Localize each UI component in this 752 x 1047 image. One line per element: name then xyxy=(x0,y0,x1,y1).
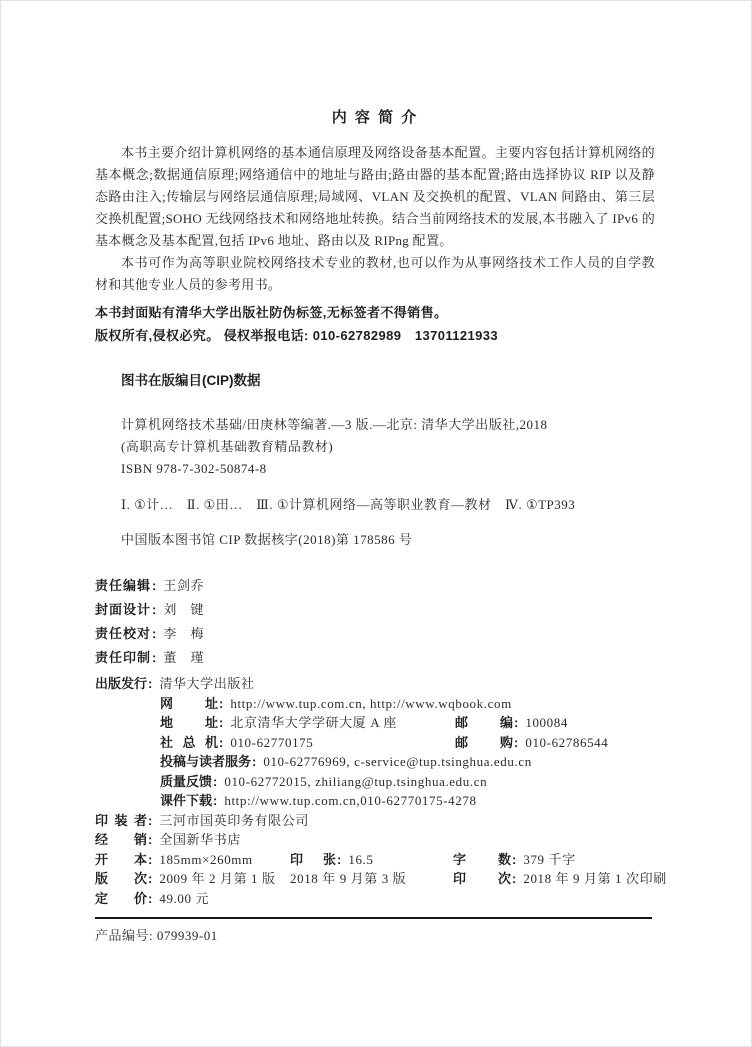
staff-label: 责任编辑 xyxy=(95,574,151,598)
colon: : xyxy=(337,852,341,867)
price-value: 49.00 元 xyxy=(159,891,209,906)
mailorder-value: 010-62786544 xyxy=(525,735,608,750)
colon: : xyxy=(219,715,223,730)
switchboard-label: 社总机 xyxy=(160,733,218,753)
mailorder-cell: 邮购:010-62786544 xyxy=(455,733,655,753)
colon: : xyxy=(219,735,223,750)
staff-value: 李 梅 xyxy=(163,626,204,641)
colon: : xyxy=(252,754,256,769)
colon: : xyxy=(152,650,156,665)
publisher-row-courseware: 课件下载:http://www.tup.com.cn,010-62770175-… xyxy=(95,791,655,811)
distributor-label: 经销 xyxy=(95,830,147,850)
sheets-label: 印张 xyxy=(290,850,336,870)
courseware-label: 课件下载 xyxy=(160,791,212,811)
colon: : xyxy=(219,696,223,711)
zipcode-value: 100084 xyxy=(525,715,568,730)
edition3-value: 2018 年 9 月第 3 版 xyxy=(290,871,406,886)
switchboard-cell: 社总机:010-62770175 xyxy=(160,733,455,753)
colon: : xyxy=(152,578,156,593)
production-row-price: 定价:49.00 元 xyxy=(95,889,655,909)
impression-label: 印次 xyxy=(453,869,511,889)
website-label: 网址 xyxy=(160,694,218,714)
staff-label: 责任印制 xyxy=(95,646,151,670)
copyright-notice: 版权所有,侵权必究。 侵权举报电话: 010-62782989 13701121… xyxy=(95,325,655,348)
edition3-cell: 2018 年 9 月第 3 版 xyxy=(290,869,453,889)
colon: : xyxy=(152,626,156,641)
distributor-value: 全国新华书店 xyxy=(159,832,241,847)
publisher-row-website: 网址:http://www.tup.com.cn, http://www.wqb… xyxy=(95,694,655,714)
website-urls: http://www.tup.com.cn, http://www.wqbook… xyxy=(230,696,511,711)
address-label: 地址 xyxy=(160,713,218,733)
page-title: 内 容 简 介 xyxy=(95,106,655,127)
address-cell: 地址:北京清华大学学研大厦 A 座 xyxy=(160,713,455,733)
product-code: 产品编号: 079939-01 xyxy=(95,926,655,946)
notice-block: 本书封面贴有清华大学出版社防伪标签,无标签者不得销售。 版权所有,侵权必究。 侵… xyxy=(95,302,655,347)
anti-counterfeit-notice: 本书封面贴有清华大学出版社防伪标签,无标签者不得销售。 xyxy=(95,302,655,325)
staff-label: 责任校对 xyxy=(95,622,151,646)
colon: : xyxy=(514,715,518,730)
cip-block: 计算机网络技术基础/田庚林等编著.—3 版.—北京: 清华大学出版社,2018 … xyxy=(121,414,655,480)
colon: : xyxy=(514,735,518,750)
staff-value: 王剑乔 xyxy=(163,578,204,593)
colon: : xyxy=(148,891,152,906)
sheets-cell: 印张:16.5 xyxy=(290,850,453,870)
colon: : xyxy=(213,774,217,789)
production-row-format: 开本:185mm×260mm 印张:16.5 字数:379 千字 xyxy=(95,850,655,870)
mailorder-label: 邮购 xyxy=(455,733,513,753)
publisher-row-main: 出版发行:清华大学出版社 xyxy=(95,674,655,694)
zipcode-label: 邮编 xyxy=(455,713,513,733)
colon: : xyxy=(148,832,152,847)
format-cell: 开本:185mm×260mm xyxy=(95,850,290,870)
quality-feedback-label: 质量反馈 xyxy=(160,772,212,792)
cip-entry: 计算机网络技术基础/田庚林等编著.—3 版.—北京: 清华大学出版社,2018 xyxy=(121,414,655,436)
staff-value: 董 瑾 xyxy=(163,650,204,665)
cip-record-number: 中国版本图书馆 CIP 数据核字(2018)第 178586 号 xyxy=(121,529,655,551)
edition-value: 2009 年 2 月第 1 版 xyxy=(159,871,275,886)
publisher-label: 出版发行 xyxy=(95,674,147,694)
publisher-row-switchboard: 社总机:010-62770175 邮购:010-62786544 xyxy=(95,733,655,753)
format-value: 185mm×260mm xyxy=(159,852,252,867)
impression-cell: 印次:2018 年 9 月第 1 次印刷 xyxy=(453,869,667,889)
staff-row-proofreader: 责任校对:李 梅 xyxy=(95,622,655,646)
format-label: 开本 xyxy=(95,850,147,870)
reader-service-value: 010-62776969, c-service@tup.tsinghua.edu… xyxy=(263,754,531,769)
production-row-edition: 版次:2009 年 2 月第 1 版 2018 年 9 月第 3 版 印次:20… xyxy=(95,869,655,889)
cip-heading: 图书在版编目(CIP)数据 xyxy=(121,370,655,392)
divider-rule xyxy=(95,917,652,919)
staff-row-print-supervisor: 责任印制:董 瑾 xyxy=(95,646,655,670)
production-row-distributor: 经销:全国新华书店 xyxy=(95,830,655,850)
intro-paragraph-1: 本书主要介绍计算机网络的基本通信原理及网络设备基本配置。主要内容包括计算机网络的… xyxy=(95,142,655,252)
colon: : xyxy=(512,871,516,886)
switchboard-value: 010-62770175 xyxy=(230,735,313,750)
staff-row-editor: 责任编辑:王剑乔 xyxy=(95,574,655,598)
production-block: 印装者:三河市国英印务有限公司 经销:全国新华书店 开本:185mm×260mm… xyxy=(95,811,655,909)
impression-value: 2018 年 9 月第 1 次印刷 xyxy=(523,871,666,886)
wordcount-label: 字数 xyxy=(453,850,511,870)
price-label: 定价 xyxy=(95,889,147,909)
wordcount-value: 379 千字 xyxy=(523,852,575,867)
courseware-value: http://www.tup.com.cn,010-62770175-4278 xyxy=(224,793,476,808)
printer-label: 印装者 xyxy=(95,811,147,831)
staff-row-cover-design: 封面设计:刘 键 xyxy=(95,598,655,622)
zipcode-cell: 邮编:100084 xyxy=(455,713,655,733)
edition-label: 版次 xyxy=(95,869,147,889)
edition-cell: 版次:2009 年 2 月第 1 版 xyxy=(95,869,290,889)
colon: : xyxy=(148,871,152,886)
copyright-page: 内 容 简 介 本书主要介绍计算机网络的基本通信原理及网络设备基本配置。主要内容… xyxy=(0,0,752,1047)
staff-value: 刘 键 xyxy=(163,602,204,617)
colon: : xyxy=(148,852,152,867)
publisher-row-address: 地址:北京清华大学学研大厦 A 座 邮编:100084 xyxy=(95,713,655,733)
publisher-row-quality-feedback: 质量反馈:010-62772015, zhiliang@tup.tsinghua… xyxy=(95,772,655,792)
publisher-block: 出版发行:清华大学出版社 网址:http://www.tup.com.cn, h… xyxy=(95,674,655,811)
cip-classification: Ⅰ. ①计… Ⅱ. ①田… Ⅲ. ①计算机网络—高等职业教育—教材 Ⅳ. ①TP… xyxy=(121,494,655,516)
address-value: 北京清华大学学研大厦 A 座 xyxy=(230,715,397,730)
sheets-value: 16.5 xyxy=(348,852,373,867)
staff-label: 封面设计 xyxy=(95,598,151,622)
colon: : xyxy=(148,676,152,691)
colon: : xyxy=(152,602,156,617)
colon: : xyxy=(512,852,516,867)
quality-feedback-value: 010-62772015, zhiliang@tup.tsinghua.edu.… xyxy=(224,774,487,789)
printer-value: 三河市国英印务有限公司 xyxy=(159,813,309,828)
intro-paragraph-2: 本书可作为高等职业院校网络技术专业的教材,也可以作为从事网络技术工作人员的自学教… xyxy=(95,252,655,296)
isbn: ISBN 978-7-302-50874-8 xyxy=(121,458,655,480)
publisher-row-reader-service: 投稿与读者服务:010-62776969, c-service@tup.tsin… xyxy=(95,752,655,772)
wordcount-cell: 字数:379 千字 xyxy=(453,850,655,870)
staff-credits: 责任编辑:王剑乔 封面设计:刘 键 责任校对:李 梅 责任印制:董 瑾 xyxy=(95,574,655,670)
reader-service-label: 投稿与读者服务 xyxy=(160,752,251,772)
production-row-printer: 印装者:三河市国英印务有限公司 xyxy=(95,811,655,831)
colon: : xyxy=(213,793,217,808)
colon: : xyxy=(148,813,152,828)
publisher-name: 清华大学出版社 xyxy=(159,676,254,691)
cip-series: (高职高专计算机基础教育精品教材) xyxy=(121,436,655,458)
